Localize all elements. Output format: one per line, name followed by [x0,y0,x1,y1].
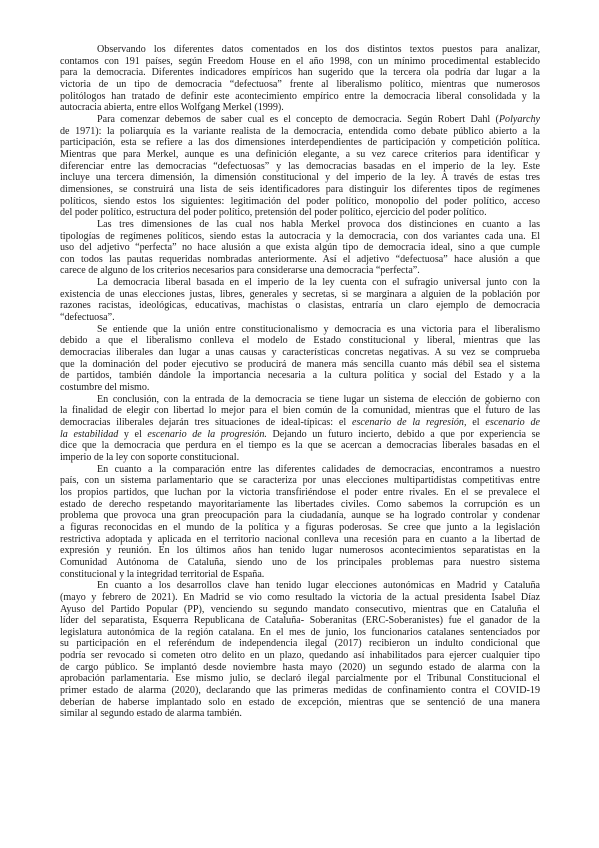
text-line: Observando los diferentes datos comentad… [60,44,540,56]
text-line: Se entiende que la unión entre constituc… [60,324,540,336]
italic-scenario-stability-part1: escenario de [485,417,540,428]
text-line: para la democracia. Diferentes indicador… [60,67,540,79]
text-line: autocracia abierta, entre ellos Wolfgang… [60,102,540,114]
text-line: políticos, siendo estos los siguientes: … [60,196,540,208]
text-line: contamos con 191 países, según Freedom H… [60,56,540,68]
text-line: carece de alguno de los criterios necesa… [60,265,540,277]
text-line: los propios partidos, que luchan por la … [60,487,540,499]
text-line: problema que provoca una gran preocupaci… [60,510,540,522]
text-line: Las tres dimensiones de las cual nos hab… [60,219,540,231]
text-line: primer estado de alarma (2020), declaran… [60,685,540,697]
text-line: deberían de haberse implantado solo en e… [60,697,540,709]
paragraph-4: La democracia liberal basada en el imper… [60,277,540,324]
text-line: legislatura autonómica de la región cata… [60,627,540,639]
text-run: y el [118,429,147,440]
text-line: restrictiva adoptada y aplicada en el te… [60,534,540,546]
italic-scenario-regression: escenario de la regresión, [352,417,467,428]
paragraph-8: En cuanto a los desarrollos clave han te… [60,580,540,720]
text-line: de 1971): la poliarquía es la variante r… [60,126,540,138]
text-line: tipologías de regímenes políticos, siend… [60,231,540,243]
text-run: Dejando un futuro incierto, debido a que… [267,429,540,440]
text-line: incluye una tercera dimensión, la dimens… [60,172,540,184]
text-line: que la dominación del poder ejecutivo se… [60,359,540,371]
text-line: victoria de un tipo de democracia “defec… [60,79,540,91]
paragraph-5: Se entiende que la unión entre constituc… [60,324,540,394]
text-line: existencia de unas elecciones justas, li… [60,289,540,301]
text-line: Comunidad Autónoma de Cataluña, siendo u… [60,557,540,569]
text-line: líder del separatista, Esquerra Republic… [60,615,540,627]
text-line: uso del adjetivo “perfecta” no hace alus… [60,242,540,254]
text-line: debido a que el liberalismo conlleva el … [60,335,540,347]
text-line: la estabilidad y el escenario de la prog… [60,429,540,441]
text-line: de partidos, también dándole la importan… [60,370,540,382]
text-line: politólogos han tratado de definir este … [60,91,540,103]
text-line: estado de derecho respetando mayoritaria… [60,499,540,511]
text-line: similar al segundo estado de alarma tamb… [60,708,540,720]
text-line: Mientras que para Merkel, aunque es una … [60,149,540,161]
italic-title-polyarchy: Polyarchy [499,114,540,125]
paragraph-7: En cuanto a la comparación entre las dif… [60,464,540,581]
text-line: imperio de la ley con soporte constituci… [60,452,540,464]
text-line: aprobación parlamentaria. Ese mismo juli… [60,673,540,685]
text-line: la finalidad de elegir con libertad lo m… [60,405,540,417]
text-line: del poder político, estructura del poder… [60,207,540,219]
text-line: podría ser revocado si cometen otro deli… [60,650,540,662]
text-run: democracias iliberales dejarán tres situ… [60,417,352,428]
text-line: dimensiones, se construirá una lista de … [60,184,540,196]
text-line: costumbre del mismo. [60,382,540,394]
paragraph-2: Para comenzar debemos de saber cual es e… [60,114,540,219]
text-line: dice que la democracia que perdura en el… [60,440,540,452]
italic-scenario-progression: escenario de la progresión. [147,429,266,440]
text-line: participación, esta se refiere a las dos… [60,137,540,149]
text-line: a figuras reconocidas en el mundo de la … [60,522,540,534]
text-line: Para comenzar debemos de saber cual es e… [60,114,540,126]
text-run: el [467,417,486,428]
paragraph-6: En conclusión, con la entrada de la demo… [60,394,540,464]
text-line: (mayo y febrero de 2021). En Madrid se v… [60,592,540,604]
text-line: constitucional y la integridad territori… [60,569,540,581]
document-page: Observando los diferentes datos comentad… [60,44,540,720]
text-line: “defectuosa”. [60,312,540,324]
paragraph-3: Las tres dimensiones de las cual nos hab… [60,219,540,277]
text-line: Ayuso del Partido Popular (PP), venciend… [60,604,540,616]
text-line: razones racistas, ideológicas, educativa… [60,300,540,312]
text-line: expresión y reunión. En los últimos años… [60,545,540,557]
text-line: La democracia liberal basada en el imper… [60,277,540,289]
text-line: su participación en el referéndum de ind… [60,638,540,650]
paragraph-1: Observando los diferentes datos comentad… [60,44,540,114]
text-line: diferenciar entre las democracias “defec… [60,161,540,173]
text-line: democracias iliberales dan lugar a unas … [60,347,540,359]
text-line: En conclusión, con la entrada de la demo… [60,394,540,406]
text-line: En cuanto a la comparación entre las dif… [60,464,540,476]
text-line: En cuanto a los desarrollos clave han te… [60,580,540,592]
italic-scenario-stability-part2: la estabilidad [60,429,118,440]
text-line: democracias iliberales dejarán tres situ… [60,417,540,429]
text-line: de cargo público. Se implantó desde novi… [60,662,540,674]
text-line: con todos las pautas requeridas nombrada… [60,254,540,266]
text-run: Para comenzar debemos de saber cual es e… [97,114,499,125]
text-line: país, con un sistema parlamentario que s… [60,475,540,487]
